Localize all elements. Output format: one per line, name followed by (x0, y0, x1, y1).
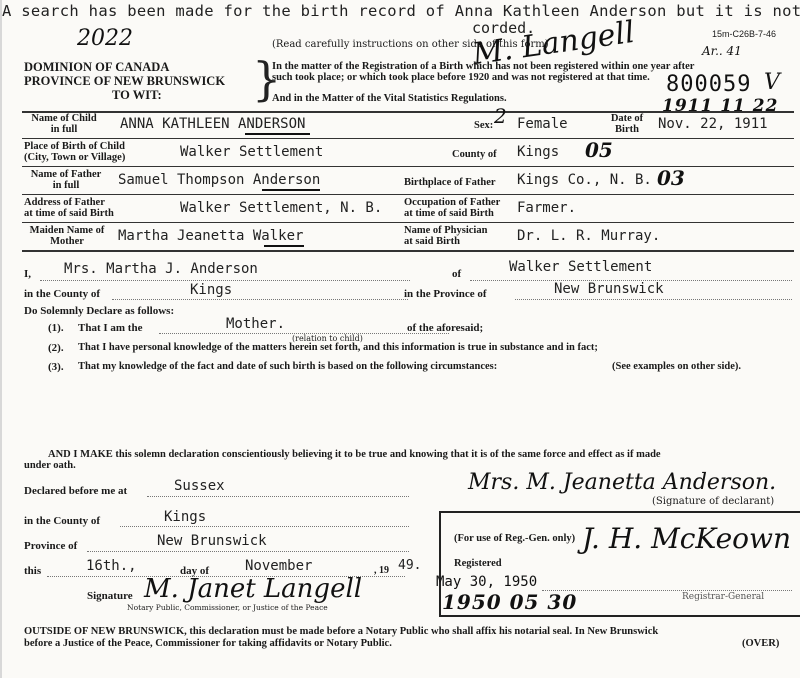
sex-value: Female (517, 116, 568, 132)
county-label: County of (452, 149, 497, 160)
child-name-label: Name of Childin full (24, 113, 104, 135)
declared-at-value: Sussex (174, 478, 225, 494)
father-birthplace-code: 03 (657, 166, 685, 190)
matter-text-3: And in the Matter of the Vital Statistic… (272, 93, 507, 104)
oath-county-value: Kings (164, 509, 206, 525)
oath-text-1: AND I MAKE this solemn declaration consc… (48, 449, 661, 460)
declarant-of-label: of (452, 268, 461, 280)
sex-label: Sex: (474, 120, 493, 131)
surname-underline (264, 245, 304, 247)
oath-this-label: this (24, 565, 41, 577)
registrar-signature: J. H. McKeown (582, 522, 791, 555)
surname-underline (262, 189, 320, 191)
father-name-value: Samuel Thompson Anderson (118, 172, 320, 188)
footer-over: (OVER) (742, 638, 779, 649)
item-1-value: Mother. (226, 316, 285, 332)
oath-province-value: New Brunswick (157, 533, 267, 549)
father-birthplace-value: Kings Co., N. B. (517, 172, 652, 188)
county-code: 05 (585, 138, 613, 162)
item-3-number: (3). (48, 361, 64, 373)
commissioner-signature-label: Signature (87, 590, 133, 602)
dob-value: Nov. 22, 1911 (658, 116, 768, 132)
oath-year-prefix: , 19 (374, 565, 389, 576)
oath-day-value: 16th., (86, 558, 137, 574)
father-address-value: Walker Settlement, N. B. (180, 200, 382, 216)
declarant-signature: Mrs. M. Jeanetta Anderson. (468, 470, 776, 495)
declarant-i-label: I, (24, 268, 31, 280)
physician-label: Name of Physicianat said Birth (404, 225, 487, 247)
county-value: Kings (517, 144, 559, 160)
item-1-number: (1). (48, 322, 64, 334)
place-of-birth-label: Place of Birth of Child(City, Town or Vi… (24, 141, 125, 163)
solemnly-declare-heading: Do Solemnly Declare as follows: (24, 305, 174, 317)
child-name-value: ANNA KATHLEEN ANDERSON (120, 116, 305, 132)
oath-year-value: 49. (398, 558, 421, 573)
footer-text-2: before a Justice of the Peace, Commissio… (24, 638, 392, 649)
oath-text-2: under oath. (24, 460, 76, 471)
jurisdiction-dominion: DOMINION OF CANADA (24, 60, 169, 75)
registered-date: May 30, 1950 (436, 574, 537, 590)
declarant-name: Mrs. Martha J. Anderson (64, 261, 258, 277)
item-1-text: That I am the (78, 322, 142, 334)
father-name-label: Name of Fatherin full (24, 169, 108, 191)
jurisdiction-province: PROVINCE OF NEW BRUNSWICK (24, 74, 225, 89)
declarant-county-value: Kings (190, 282, 232, 298)
jurisdiction-to-wit: TO WIT: (112, 88, 162, 103)
commissioner-signature: M. Janet Langell (144, 574, 362, 604)
declarant-signature-label: (Signature of declarant) (652, 496, 774, 507)
sex-code: 2 (494, 104, 507, 128)
place-of-birth-value: Walker Settlement (180, 144, 323, 160)
matter-text-2: such took place; or which took place bef… (272, 72, 650, 83)
oath-county-label: in the County of (24, 515, 100, 527)
father-birthplace-label: Birthplace of Father (404, 177, 496, 188)
item-3-text: That my knowledge of the fact and date o… (78, 361, 497, 372)
declarant-province-label: in the Province of (404, 288, 487, 300)
oath-month-value: November (245, 558, 312, 574)
mother-maiden-value: Martha Jeanetta Walker (118, 228, 303, 244)
item-3-hint: (See examples on other side). (612, 361, 741, 372)
oath-province-label: Province of (24, 540, 77, 552)
item-2-text: That I have personal knowledge of the ma… (78, 342, 598, 353)
declared-at-label: Declared before me at (24, 485, 127, 497)
commissioner-title: Notary Public, Commissioner, or Justice … (127, 603, 328, 612)
father-address-label: Address of Fatherat time of said Birth (24, 197, 114, 219)
footer-text-1: OUTSIDE OF NEW BRUNSWICK, this declarati… (24, 626, 658, 637)
search-note: A search has been made for the birth rec… (2, 2, 800, 20)
father-occupation-value: Farmer. (517, 200, 576, 216)
declarant-county-label: in the County of (24, 288, 100, 300)
mother-maiden-label: Maiden Name ofMother (24, 225, 110, 247)
declarant-of-value: Walker Settlement (509, 259, 652, 275)
form-code: 15m-C26B-7-46 (712, 29, 776, 39)
item-1-suffix: of the aforesaid; (407, 322, 483, 334)
dob-label: Date ofBirth (610, 113, 644, 135)
registrar-label: Registrar-General (682, 592, 764, 602)
handwritten-date-code: 1911 11 22 (662, 96, 778, 116)
file-number: 2022 (77, 26, 133, 51)
item-2-number: (2). (48, 342, 64, 354)
physician-value: Dr. L. R. Murray. (517, 228, 660, 244)
matter-text-1: In the matter of the Registration of a B… (272, 61, 694, 72)
check-mark: V (764, 70, 780, 95)
reviewer-signature-note: Ar.. 41 (702, 44, 742, 58)
father-occupation-label: Occupation of Fatherat time of said Birt… (404, 197, 500, 219)
declarant-province-value: New Brunswick (554, 281, 664, 297)
birth-declaration-form: A search has been made for the birth rec… (0, 0, 800, 678)
registered-handwritten-code: 1950 05 30 (442, 590, 577, 614)
surname-underline (245, 133, 310, 135)
registered-label: Registered (454, 558, 502, 569)
registration-number: 800059 (666, 72, 751, 97)
registrar-box-title: (For use of Reg.-Gen. only) (454, 533, 575, 544)
